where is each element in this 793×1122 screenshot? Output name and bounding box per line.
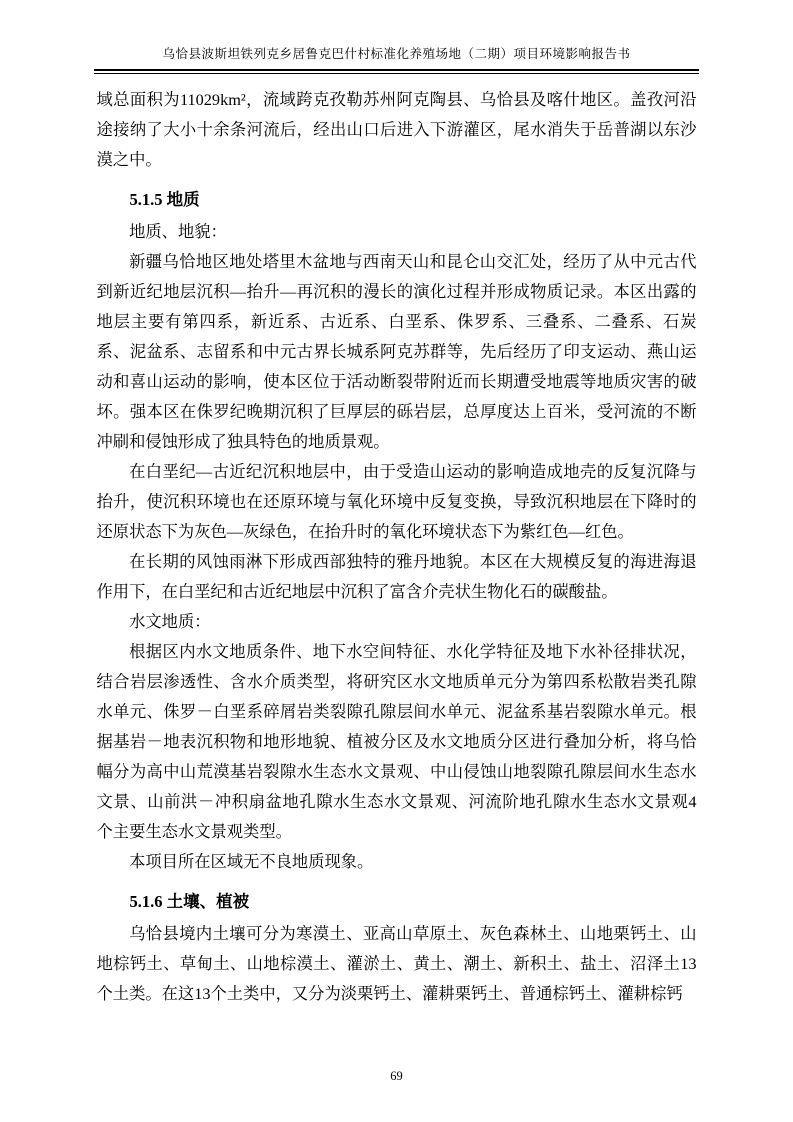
paragraph-line: 在长期的风蚀雨淋下形成西部独特的雅丹地貌。本区在大规模反复的海进海退 bbox=[97, 547, 697, 577]
paragraph-line: 据基岩－地表沉积物和地形地貌、植被分区及水文地质分区进行叠加分析，将乌恰 bbox=[97, 727, 697, 757]
paragraph-line: 本项目所在区域无不良地质现象。 bbox=[97, 847, 697, 877]
paragraph-line: 幅分为高中山荒漠基岩裂隙水生态水文景观、中山侵蚀山地裂隙孔隙层间水生态水 bbox=[97, 757, 697, 787]
section-heading: 5.1.5 地质 bbox=[97, 185, 697, 215]
paragraph-line: 在白垩纪—古近纪沉积地层中，由于受造山运动的影响造成地壳的反复沉降与 bbox=[97, 457, 697, 487]
paragraph-line: 结合岩层渗透性、含水介质类型，将研究区水文地质单元分为第四系松散岩类孔隙 bbox=[97, 667, 697, 697]
paragraph-line: 域总面积为11029km²，流域跨克孜勒苏州阿克陶县、乌恰县及喀什地区。盖孜河沿 bbox=[97, 85, 697, 115]
paragraph-line: 个主要生态水文景观类型。 bbox=[97, 817, 697, 847]
paragraph-line: 作用下，在白垩纪和古近纪地层中沉积了富含介壳状生物化石的碳酸盐。 bbox=[97, 577, 697, 607]
paragraph-line: 个土类。在这13个土类中，又分为淡栗钙土、灌耕栗钙土、普通棕钙土、灌耕棕钙 bbox=[97, 979, 697, 1009]
paragraph-line: 到新近纪地层沉积—抬升—再沉积的漫长的演化过程并形成物质记录。本区出露的 bbox=[97, 277, 697, 307]
page-number: 69 bbox=[390, 1069, 403, 1083]
paragraph-line: 途接纳了大小十余条河流后，经出山口后进入下游灌区，尾水消失于岳普湖以东沙 bbox=[97, 115, 697, 145]
paragraph-line: 地层主要有第四系，新近系、古近系、白垩系、侏罗系、三叠系、二叠系、石炭 bbox=[97, 307, 697, 337]
paragraph-line: 新疆乌恰地区地处塔里木盆地与西南天山和昆仑山交汇处，经历了从中元古代 bbox=[97, 247, 697, 277]
page-header: 乌恰县波斯坦铁列克乡居鲁克巴什村标准化养殖场地（二期）项目环境影响报告书 bbox=[0, 0, 793, 74]
paragraph-line: 坏。强本区在侏罗纪晚期沉积了巨厚层的砾岩层，总厚度达上百米，受河流的不断 bbox=[97, 397, 697, 427]
header-rule bbox=[94, 69, 699, 74]
paragraph-line: 水单元、侏罗－白垩系碎屑岩类裂隙孔隙层间水单元、泥盆系基岩裂隙水单元。根 bbox=[97, 697, 697, 727]
paragraph-line: 地质、地貌： bbox=[97, 217, 697, 247]
paragraph-line: 系、泥盆系、志留系和中元古界长城系阿克苏群等，先后经历了印支运动、燕山运 bbox=[97, 337, 697, 367]
report-page: 乌恰县波斯坦铁列克乡居鲁克巴什村标准化养殖场地（二期）项目环境影响报告书 域总面… bbox=[0, 0, 793, 1122]
paragraph-line: 还原状态下为灰色—灰绿色，在抬升时的氧化环境状态下为紫红色—红色。 bbox=[97, 517, 697, 547]
paragraph-line: 冲刷和侵蚀形成了独具特色的地质景观。 bbox=[97, 427, 697, 457]
paragraph-line: 动和喜山运动的影响，使本区位于活动断裂带附近而长期遭受地震等地质灾害的破 bbox=[97, 367, 697, 397]
paragraph-line: 地棕钙土、草甸土、山地棕漠土、灌淤土、黄土、潮土、新积土、盐土、沼泽土13 bbox=[97, 949, 697, 979]
paragraph-line: 乌恰县境内土壤可分为寒漠土、亚高山草原土、灰色森林土、山地栗钙土、山 bbox=[97, 919, 697, 949]
paragraph-line: 抬升，使沉积环境也在还原环境与氧化环境中反复变换，导致沉积地层在下降时的 bbox=[97, 487, 697, 517]
header-title: 乌恰县波斯坦铁列克乡居鲁克巴什村标准化养殖场地（二期）项目环境影响报告书 bbox=[0, 46, 793, 62]
paragraph-line: 水文地质： bbox=[97, 607, 697, 637]
paragraph-line: 漠之中。 bbox=[97, 145, 697, 175]
document-body: 域总面积为11029km²，流域跨克孜勒苏州阿克陶县、乌恰县及喀什地区。盖孜河沿… bbox=[97, 85, 697, 1009]
section-heading: 5.1.6 土壤、植被 bbox=[97, 887, 697, 917]
page-footer: 69 bbox=[0, 1069, 793, 1084]
paragraph-line: 根据区内水文地质条件、地下水空间特征、水化学特征及地下水补径排状况， bbox=[97, 637, 697, 667]
paragraph-line: 文景、山前洪－冲积扇盆地孔隙水生态水文景观、河流阶地孔隙水生态水文景观4 bbox=[97, 787, 697, 817]
